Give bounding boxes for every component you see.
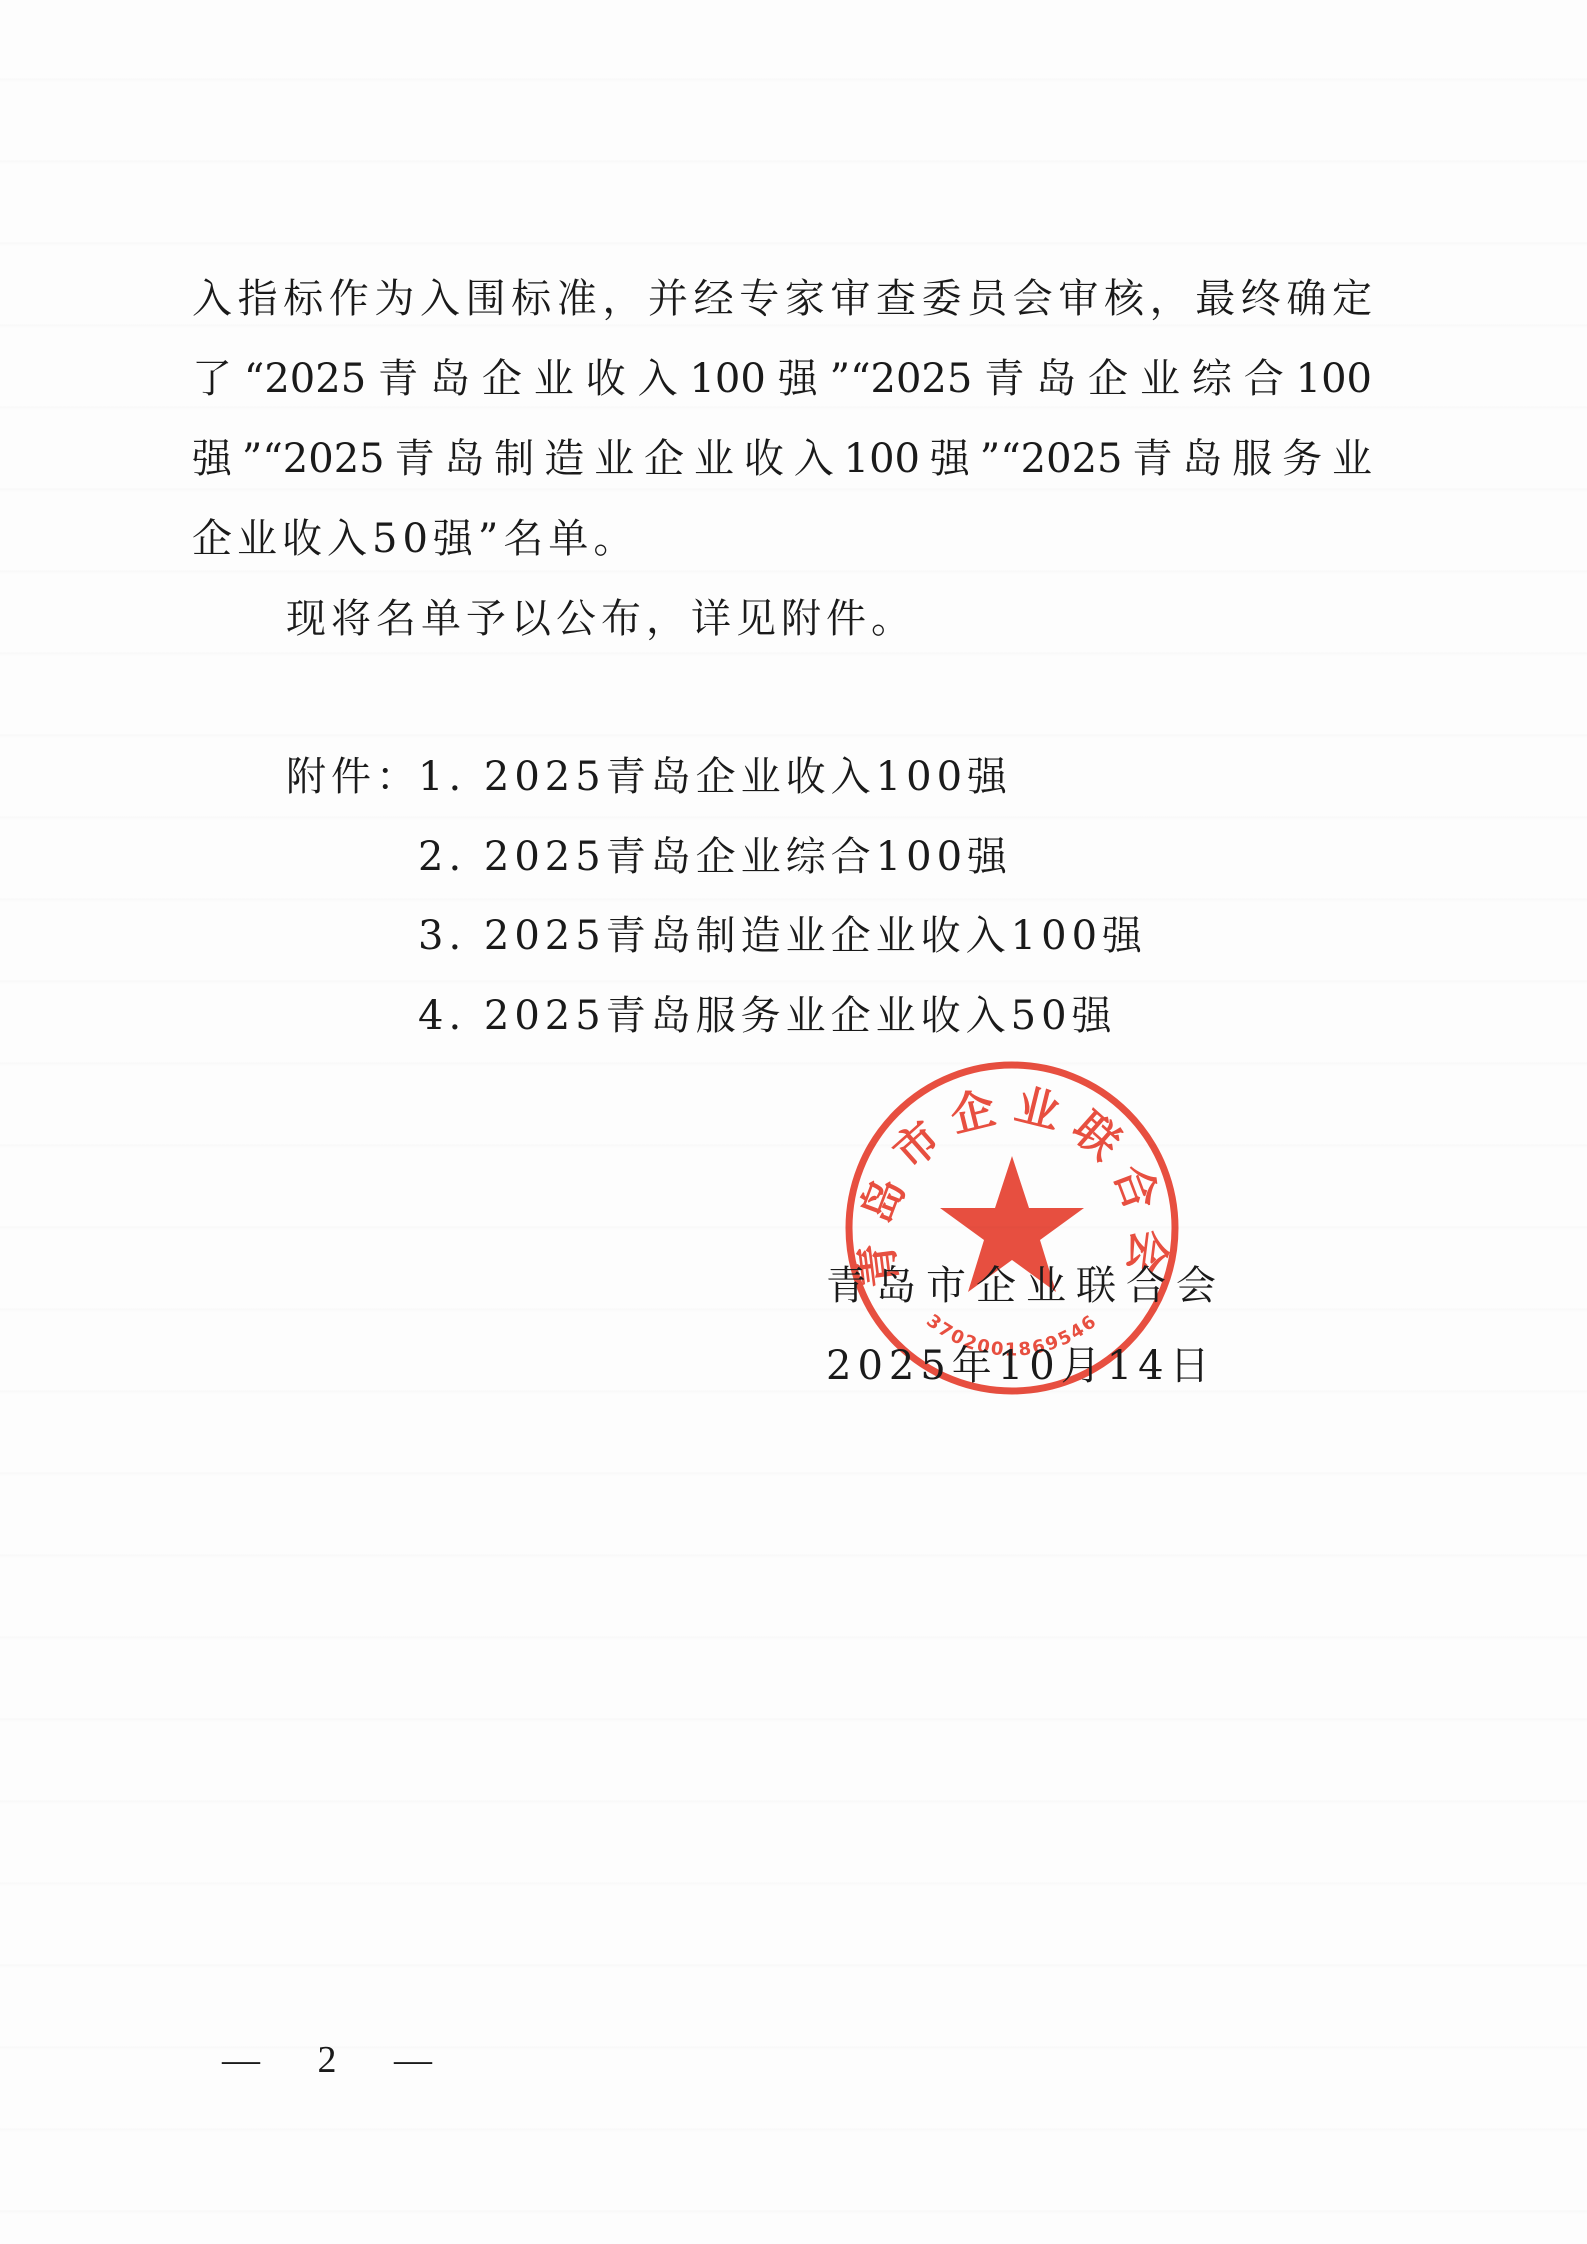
body-line-2: 了“2025青岛企业收入100强”“2025青岛企业综合100	[192, 355, 1372, 403]
announcement-text: 现将名单予以公布，详见附件。	[286, 595, 916, 643]
attachments-label: 附件：	[286, 753, 421, 801]
body-line-1: 入指标作为入围标准，并经专家审查委员会审核，最终确定	[192, 275, 1372, 323]
signature-date: 2025年10月14日	[826, 1342, 1216, 1390]
body-line-3: 强”“2025青岛制造业企业收入100强”“2025青岛服务业	[192, 435, 1372, 483]
page-background	[0, 0, 1587, 2244]
signature-organization: 青岛市企业联合会	[826, 1262, 1226, 1310]
attachment-item-1: 1. 2025青岛企业收入100强	[418, 753, 1012, 801]
attachment-item-3: 3. 2025青岛制造业企业收入100强	[418, 912, 1147, 960]
page-number: — 2 —	[222, 2038, 456, 2082]
attachment-item-2: 2. 2025青岛企业综合100强	[418, 833, 1012, 881]
body-line-4: 企业收入50强”名单。	[192, 515, 638, 563]
attachment-item-4: 4. 2025青岛服务业企业收入50强	[418, 992, 1117, 1040]
